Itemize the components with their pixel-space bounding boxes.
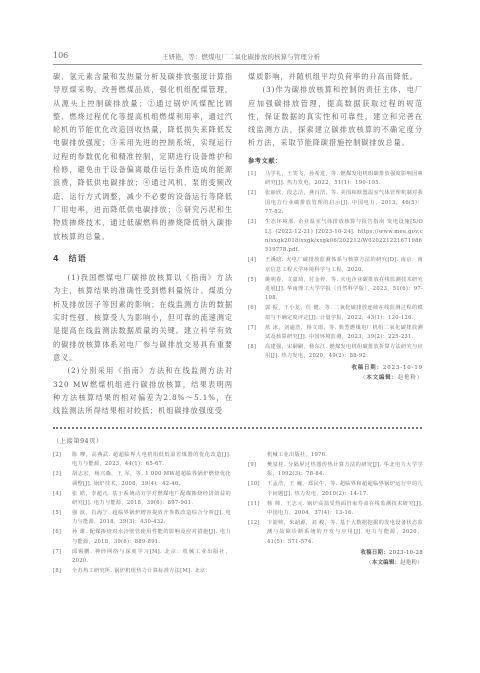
reference-item: [3]胡志宏，杨兴森，王 军，等. 1 000 MW超超临界锅炉燃烧优化调整[J… [53, 470, 231, 489]
reference-item: [9]樊泉桂. 分隔屏过热器传热计算方法的研究[J]. 华北电力大学学报，199… [248, 461, 423, 480]
conclusion-3: (3)作为碳排放核算和控制的责任主体，电厂应加强碳排放管理，提高数据获取过程的规… [248, 83, 423, 149]
reference-item: [6]郭 振，王小龙，任 健，等. 二氧化碳排放连续在线监测过程的模拟与不确定度… [248, 304, 423, 323]
reference-text: 强 波，肖海宁. 超临界锅炉增容提效升参数改造综合分析[J]. 电力与能源，20… [72, 509, 231, 528]
received-value: 2023-10-19 [383, 365, 423, 371]
reference-tag: [4] [53, 490, 72, 509]
conclusion-1: (1)我国燃煤电厂碳排放核算以《指南》方法为主，核算结果的准确性受到燃料量统计、… [53, 271, 233, 364]
reference-text: 姚明春，文嘉琦，付金梓，等. 火电企业碳排放在线监测技术研究进展[J]. 华南理… [265, 276, 423, 304]
reference-text: 张丽欣，段志洁，燕百浩，等. 美国和欧盟温室气体管理机制对我国电力行业碳排放管理… [265, 189, 423, 217]
reference-item: [8]全苏热工研究所. 锅炉机组热力计算标准方法[M]. 北京： [53, 567, 231, 576]
reference-tag-empty [248, 451, 267, 460]
reference-tag: [2] [248, 189, 265, 217]
reference-list: [1]马学礼，王笑飞，孙希进，等. 燃煤发电机组碳排放强度影响因素研究[J]. … [248, 170, 423, 362]
page-number: 106 [53, 51, 68, 60]
conclusion-2-continued: 煤质影响，并随机组平均负荷率的升高而降低。 [248, 70, 423, 83]
reference-item: [7]邱锡鹏. 神经网络与深度学习[M]. 北京：机械工业出版社，2020. [53, 548, 231, 567]
reference-text: 马学礼，王笑飞，孙希进，等. 燃煤发电机组碳排放强度影响因素研究[J]. 热力发… [265, 170, 423, 189]
received-date: 收稿日期：2023-10-19 [248, 363, 423, 373]
continued-from-label: （上接第94页） [53, 436, 103, 445]
section-title: 结语 [69, 254, 87, 263]
reference-tag: [4] [248, 256, 265, 275]
reference-item: [3]生态环境部. 企业温室气体排放核算与报告指南 发电设施[S/OL]. (2… [248, 218, 423, 256]
reference-text: 郭 振，王小龙，任 健，等. 二氧化碳排放连续在线监测过程的模拟与不确定度评定[… [265, 304, 423, 323]
editor-credit: （本文编辑：赵艳粉） [248, 373, 423, 383]
received-date: 收稿日期：2023-10-28 [248, 548, 423, 558]
reference-text: 机械工业出版社，1976. [267, 451, 423, 460]
right-column: 煤质影响，并随机组平均负荷率的升高而降低。 (3)作为碳排放核算和控制的责任主体… [248, 70, 423, 383]
reference-item: [11]杨 帅，王志元. 锅炉高温受热面管束寿命在线监测技术研究[J]. 中国电… [248, 500, 423, 519]
running-header: 106 王妍艳，等：燃煤电厂二氧化碳排放的核算与管理分析 [53, 48, 422, 65]
reference-item: [5]姚明春，文嘉琦，付金梓，等. 火电企业碳排放在线监测技术研究进展[J]. … [248, 276, 423, 304]
reference-text: 陈 嗲，高燕武. 超超临界大电机组低低温省煤器的优化改造[J]. 电力与能源，2… [72, 451, 231, 470]
editor-name: 赵艳粉 [398, 375, 417, 381]
reference-tag: [3] [53, 470, 72, 489]
reference-tag: [9] [248, 461, 267, 480]
reference-text: 孙 雄. 配煤掺烧对水冷壁管使用性能的影响及应对措施[J]. 电力与能源，201… [72, 528, 231, 547]
reference-item: [8]高建强，宋嗣嗣，杨东江. 燃煤发电机组碳排放折算方法研究与应用[J]. 热… [248, 343, 423, 362]
reference-item: [1]马学礼，王笑飞，孙希进，等. 燃煤发电机组碳排放强度影响因素研究[J]. … [248, 170, 423, 189]
reference-item: [12]卞韶帅，朱韶源，刘 峻，等. 基于大数据挖掘的发电设备状态监测与故障诊断… [248, 519, 423, 547]
reference-text: 杨 帅，王志元. 锅炉高温受热面管束寿命在线监测技术研究[J]. 中国电力，20… [267, 500, 423, 519]
reference-tag: [8] [53, 567, 72, 576]
reference-tag: [11] [248, 500, 267, 519]
left-column: 碳、氢元素含量和发热量分析及碳排放强度计算指导原煤采购，改善燃煤品质，强化机组配… [53, 70, 233, 417]
reference-text: 全苏热工研究所. 锅炉机组热力计算标准方法[M]. 北京： [72, 567, 231, 576]
reference-tag: [12] [248, 519, 267, 547]
editor-name: 赵艳粉 [400, 560, 417, 566]
reference-text: 邱锡鹏. 神经网络与深度学习[M]. 北京：机械工业出版社，2020. [72, 548, 231, 567]
reference-tag: [5] [248, 276, 265, 304]
reference-item: [2]陈 嗲，高燕武. 超超临界大电机组低低温省煤器的优化改造[J]. 电力与能… [53, 451, 231, 470]
reference-text: 樊泉桂. 分隔屏过热器传热计算方法的研究[J]. 华北电力大学学报，1992(3… [267, 461, 423, 480]
received-label: 收稿日期： [351, 365, 382, 371]
editor-label: 本文编辑： [372, 560, 400, 566]
reference-text: 蓝 冰，刘逾浩，杨文雨，等. 典型燃煤电厂机组二氧化碳排放测试及核算研究[J].… [265, 324, 423, 343]
section-heading: 4结语 [53, 252, 233, 265]
continued-reference-list-right: 机械工业出版社，1976. [9]樊泉桂. 分隔屏过热器传热计算方法的研究[J]… [248, 451, 423, 568]
reference-text: 高建强，宋嗣嗣，杨东江. 燃煤发电机组碳排放折算方法研究与应用[J]. 热力发电… [265, 343, 423, 362]
section-number: 4 [53, 254, 60, 263]
editor-credit: （本文编辑：赵艳粉） [248, 558, 423, 568]
reference-item: [7]蓝 冰，刘逾浩，杨文雨，等. 典型燃煤电厂机组二氧化碳排放测试及核算研究[… [248, 324, 423, 343]
reference-tag: [8] [248, 343, 265, 362]
reference-tag: [2] [53, 451, 72, 470]
reference-tag: [1] [248, 170, 265, 189]
reference-item-continued: 机械工业出版社，1976. [248, 451, 423, 460]
received-label: 收稿日期： [360, 550, 388, 556]
reference-item: [4]张 皓，李超凡. 基于系统动力学对燃煤电厂配煤掺烧经济效益的研究[J]. … [53, 490, 231, 509]
reference-text: 胡志宏，杨兴森，王 军，等. 1 000 MW超超临界锅炉燃烧优化调整[J]. … [72, 470, 231, 489]
reference-text: 王孟浩，王 巍，郑民牛，等. 超临界和超超临界锅炉运行中的几个问题[J]. 热力… [267, 480, 423, 499]
reference-item: [5]强 波，肖海宁. 超临界锅炉增容提效升参数改造综合分析[J]. 电力与能源… [53, 509, 231, 528]
reference-item: [2]张丽欣，段志洁，燕百浩，等. 美国和欧盟温室气体管理机制对我国电力行业碳排… [248, 189, 423, 217]
reference-text: 王溪晗. 火电厂碳排放监测体系与核算方法的研究[D]. 南京：南京信息工程大学环… [265, 256, 423, 275]
reference-tag: [6] [53, 528, 72, 547]
reference-item: [10]王孟浩，王 巍，郑民牛，等. 超临界和超超临界锅炉运行中的几个问题[J]… [248, 480, 423, 499]
reference-tag: [7] [53, 548, 72, 567]
paragraph-measures: 碳、氢元素含量和发热量分析及碳排放强度计算指导原煤采购，改善燃煤品质，强化机组配… [53, 70, 233, 243]
running-title: 王妍艳，等：燃煤电厂二氧化碳排放的核算与管理分析 [162, 52, 320, 61]
continued-reference-list-left: [2]陈 嗲，高燕武. 超超临界大电机组低低温省煤器的优化改造[J]. 电力与能… [53, 451, 231, 577]
reference-tag: [5] [53, 509, 72, 528]
received-value: 2023-10-28 [389, 550, 423, 556]
editor-label: 本文编辑： [366, 375, 397, 381]
reference-item: [4]王溪晗. 火电厂碳排放监测体系与核算方法的研究[D]. 南京：南京信息工程… [248, 256, 423, 275]
reference-text: 卞韶帅，朱韶源，刘 峻，等. 基于大数据挖掘的发电设备状态监测与故障诊断系统的开… [267, 519, 423, 547]
conclusion-2: (2)分别采用《指南》方法和在线监测方法对320 MW燃煤机组进行碳排放核算，结… [53, 364, 233, 417]
references-heading: 参考文献： [248, 155, 423, 168]
reference-tag: [3] [248, 218, 265, 256]
reference-tag: [6] [248, 304, 265, 323]
reference-item: [6]孙 雄. 配煤掺烧对水冷壁管使用性能的影响及应对措施[J]. 电力与能源，… [53, 528, 231, 547]
reference-text: 张 皓，李超凡. 基于系统动力学对燃煤电厂配煤掺烧经济效益的研究[J]. 电力与… [72, 490, 231, 509]
reference-tag: [7] [248, 324, 265, 343]
reference-tag: [10] [248, 480, 267, 499]
dotted-divider [53, 427, 422, 429]
reference-text: 生态环境部. 企业温室气体排放核算与报告指南 发电设施[S/OL]. (2022… [265, 218, 423, 256]
